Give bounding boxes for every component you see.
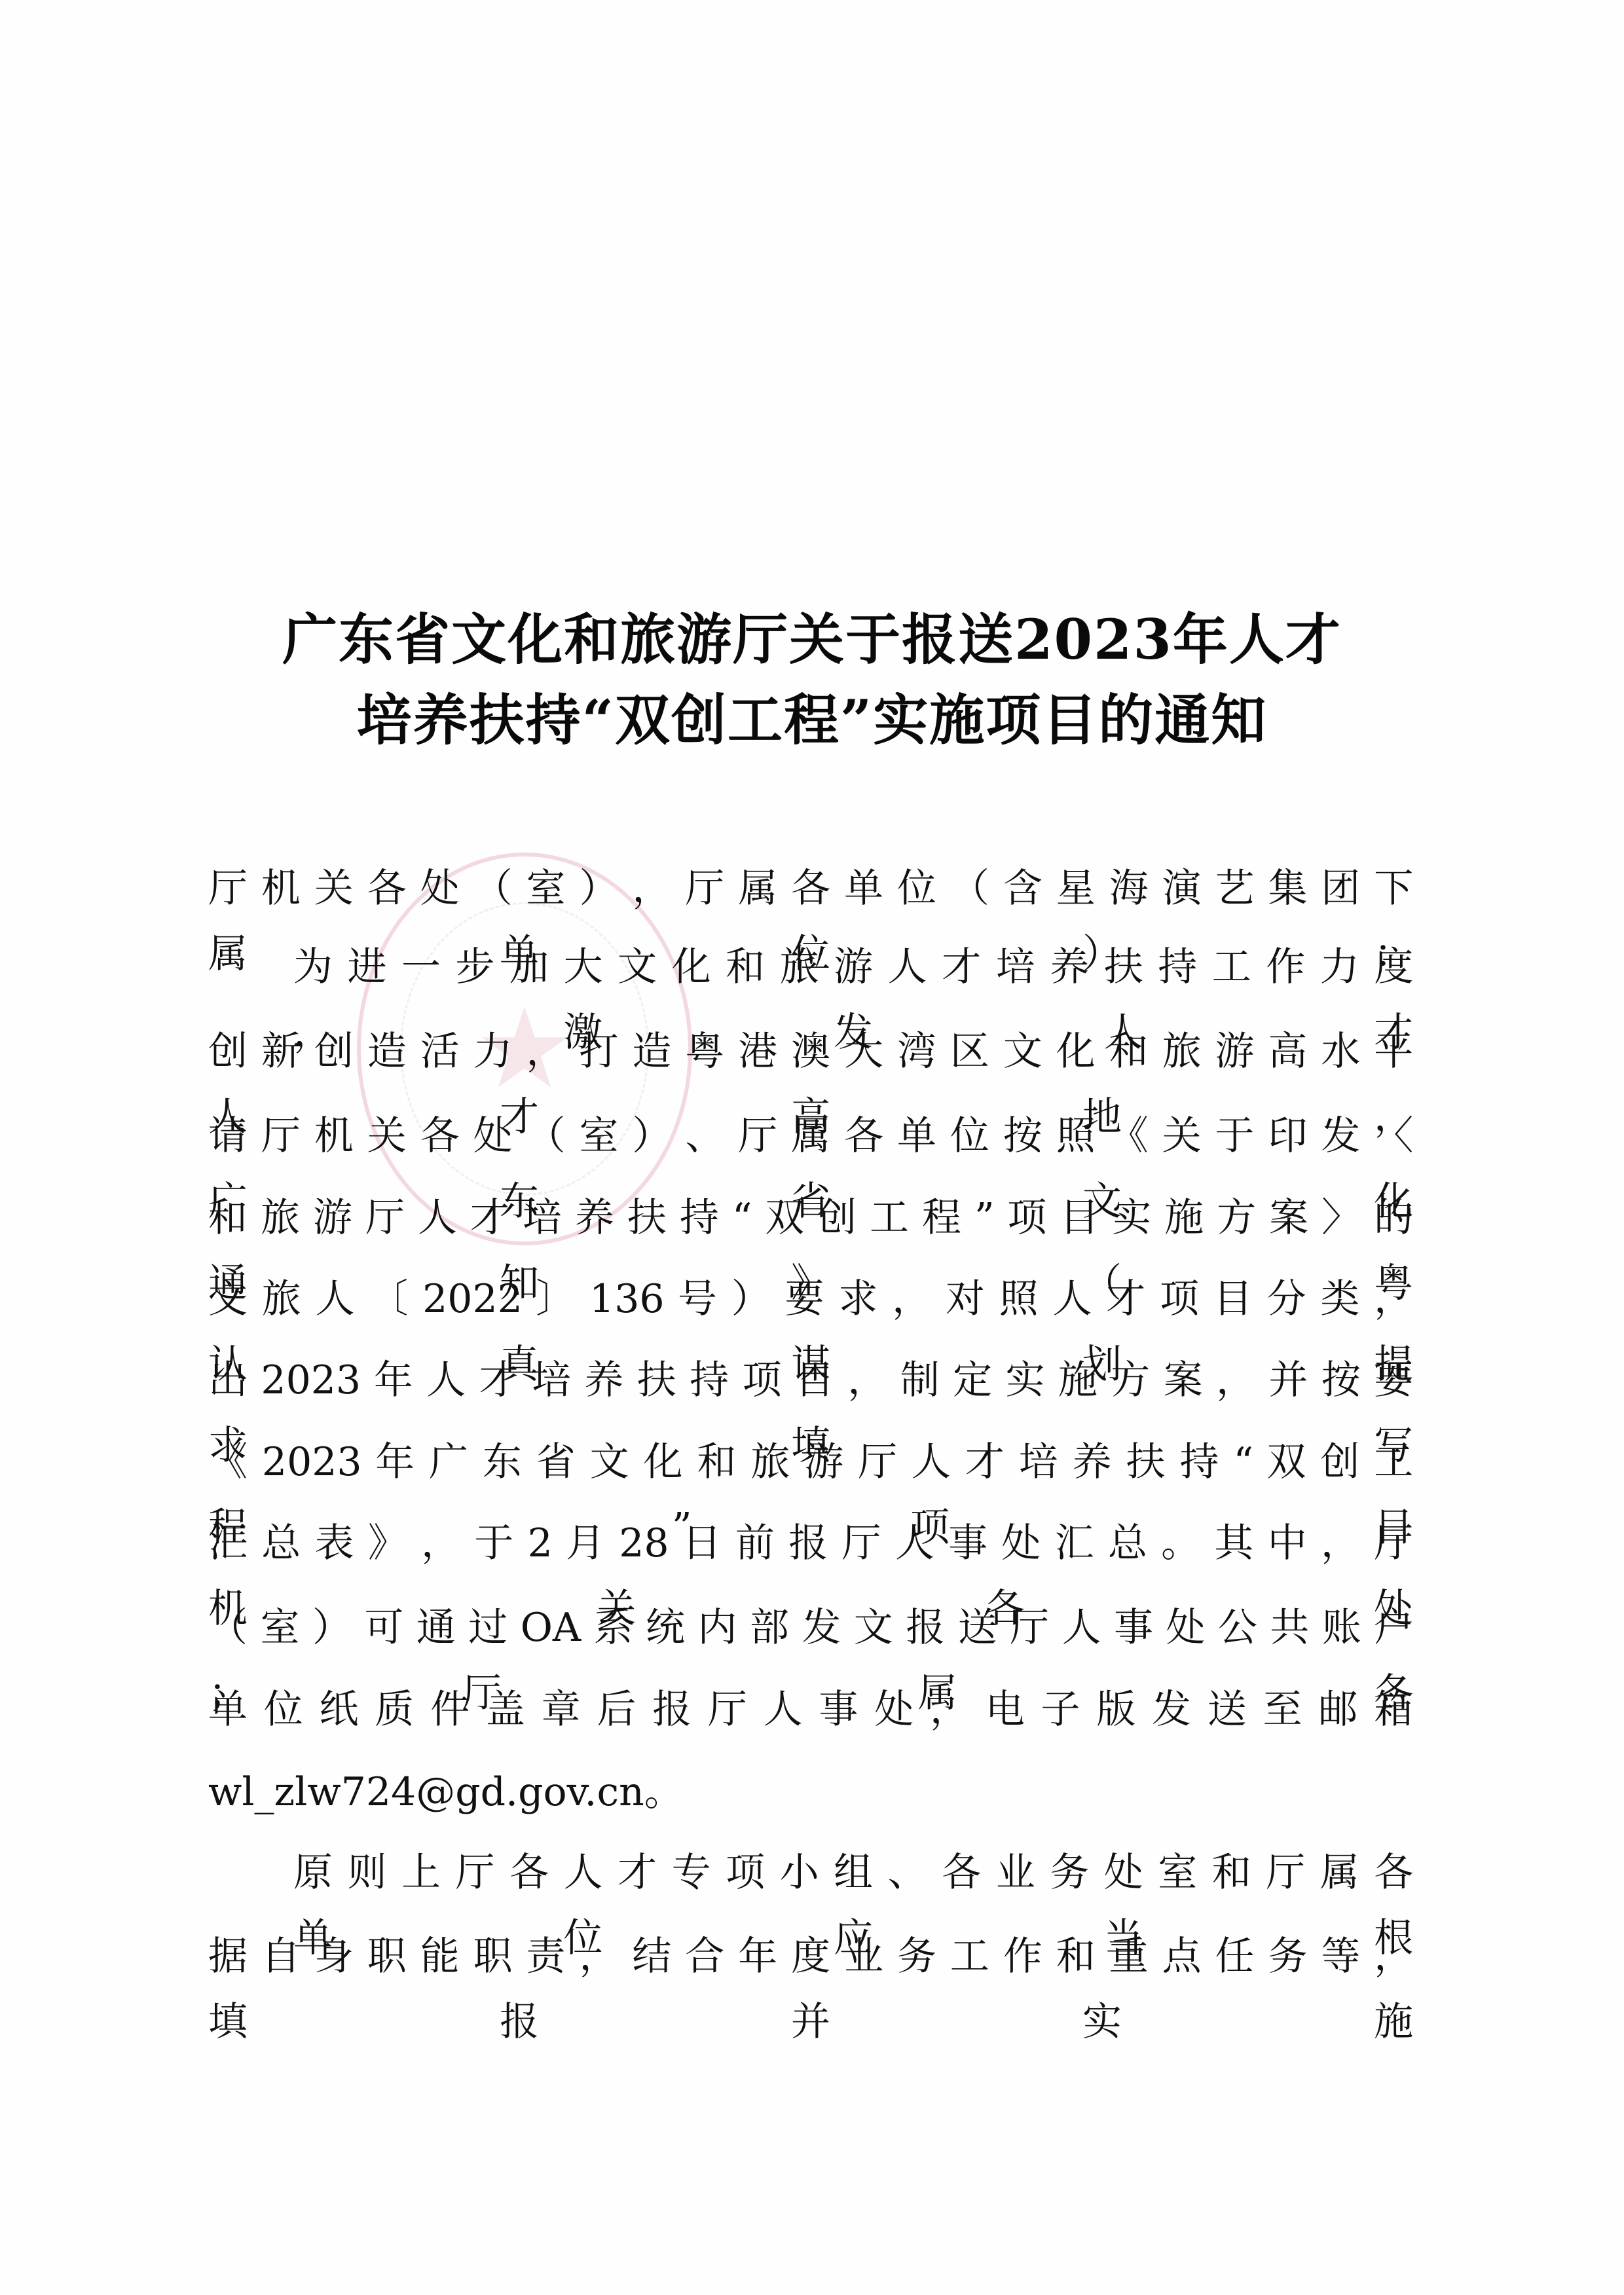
salutation: 厅 机 关 各 处 （ 室 ） ， 厅 属 各 单 位 （ 含 星 海 演 艺 … bbox=[208, 856, 1413, 921]
paragraph-2-line-1: 原 则 上 厅 各 人 才 专 项 小 组 、 各 业 务 处 室 和 厅 属 … bbox=[293, 1840, 1413, 1905]
paragraph-1-line-7: 《 2023 年 广 东 省 文 化 和 旅 游 厅 人 才 培 养 扶 持 “… bbox=[208, 1429, 1413, 1495]
paragraph-1-line-10: 单 位 纸 质 件 盖 章 后 报 厅 人 事 处 ， 电 子 版 发 送 至 … bbox=[208, 1677, 1413, 1742]
paragraph-1-line-8: 汇 总 表 》 ， 于 2 月 28 日 前 报 厅 人 事 处 汇 总 。 其… bbox=[208, 1511, 1413, 1576]
paragraph-1-line-2: 创 新 创 造 活 力 ， 打 造 粤 港 澳 大 湾 区 文 化 和 旅 游 … bbox=[208, 1019, 1413, 1084]
paragraph-1-line-9: （ 室 ） 可 通 过 OA 系 统 内 部 发 文 报 送 厅 人 事 处 公… bbox=[208, 1595, 1413, 1661]
document-page: ★ 广东省文化和旅游厅关于报送2023年人才 培养扶持“双创工程”实施项目的通知… bbox=[0, 0, 1624, 2295]
paragraph-1-line-5: 文 旅 人 〔 2022 〕 136 号 ） 要 求 ， 对 照 人 才 项 目… bbox=[208, 1266, 1413, 1332]
paragraph-1-line-1: 为 进 一 步 加 大 文 化 和 旅 游 人 才 培 养 扶 持 工 作 力 … bbox=[293, 934, 1413, 1000]
paragraph-1-line-4: 和 旅 游 厅 人 才 培 养 扶 持 “ 双 创 工 程 ” 项 目 实 施 … bbox=[208, 1185, 1413, 1251]
paragraph-1-line-6: 出 2023 年 人 才 培 养 扶 持 项 目 ， 制 定 实 施 方 案 ，… bbox=[208, 1348, 1413, 1413]
email-address-link[interactable]: wl_zlw724@gd.gov.cn。 bbox=[208, 1759, 1413, 1825]
paragraph-1-line-3: 请 厅 机 关 各 处 （ 室 ） 、 厅 属 各 单 位 按 照 《 关 于 … bbox=[208, 1103, 1413, 1169]
document-title-line-2: 培养扶持“双创工程”实施项目的通知 bbox=[0, 688, 1624, 753]
paragraph-2-line-2: 据 自 身 职 能 职 责 ， 结 合 年 度 业 务 工 作 和 重 点 任 … bbox=[208, 1924, 1413, 1989]
document-title-line-1: 广东省文化和旅游厅关于报送2023年人才 bbox=[0, 607, 1624, 672]
